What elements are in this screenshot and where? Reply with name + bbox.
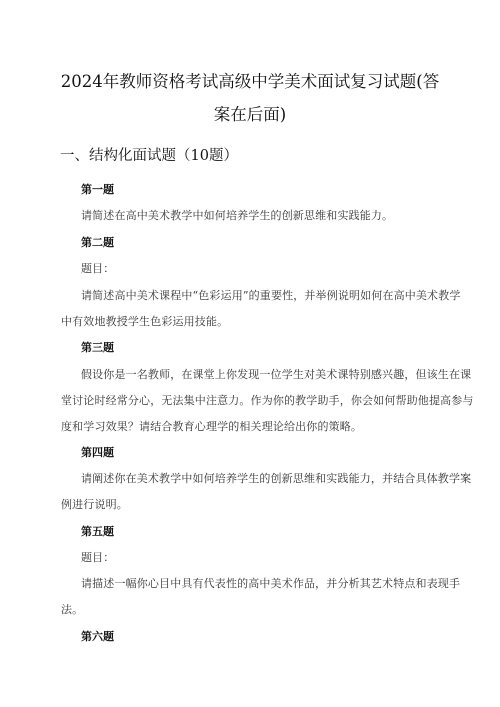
question-3-text-line-1: 假设你是一名教师，在课堂上你发现一位学生对美术课特别感兴趣，但该生在课 — [81, 366, 471, 382]
question-2-text-line-2: 中有效地教授学生色彩运用技能。 — [61, 313, 228, 329]
document-title-line-1: 2024年教师资格考试高级中学美术面试复习试题(答 — [0, 68, 500, 92]
question-4-heading: 第四题 — [81, 444, 114, 460]
question-3-text-line-3: 度和学习效果？请结合教育心理学的相关理论给出你的策略。 — [61, 418, 362, 434]
question-5-text-line-1: 请描述一幅你心目中具有代表性的高中美术作品，并分析其艺术特点和表现手 — [81, 575, 460, 591]
question-2-heading: 第二题 — [81, 234, 114, 250]
question-1-text: 请简述在高中美术教学中如何培养学生的创新思维和实践能力。 — [81, 207, 393, 223]
question-5-heading: 第五题 — [81, 523, 114, 539]
question-3-text-line-2: 堂讨论时经常分心，无法集中注意力。作为你的教学助手，你会如何帮助他提高参与 — [61, 392, 474, 408]
question-1-heading: 第一题 — [81, 181, 114, 197]
section-heading: 一、结构化面试题（10题） — [60, 144, 238, 165]
document-page: 2024年教师资格考试高级中学美术面试复习试题(答 案在后面) 一、结构化面试题… — [0, 0, 500, 707]
question-2-label: 题目： — [81, 260, 114, 276]
question-5-text-line-2: 法。 — [61, 601, 83, 617]
question-5-label: 题目： — [81, 549, 114, 565]
document-title-line-2: 案在后面) — [0, 101, 500, 125]
question-4-text-line-2: 例进行说明。 — [61, 496, 128, 512]
question-6-heading: 第六题 — [81, 628, 114, 644]
question-3-heading: 第三题 — [81, 339, 114, 355]
question-2-text-line-1: 请简述高中美术课程中“色彩运用”的重要性，并举例说明如何在高中美术教学 — [81, 287, 461, 303]
question-4-text-line-1: 请阐述你在美术教学中如何培养学生的创新思维和实践能力，并结合具体教学案 — [81, 470, 471, 486]
